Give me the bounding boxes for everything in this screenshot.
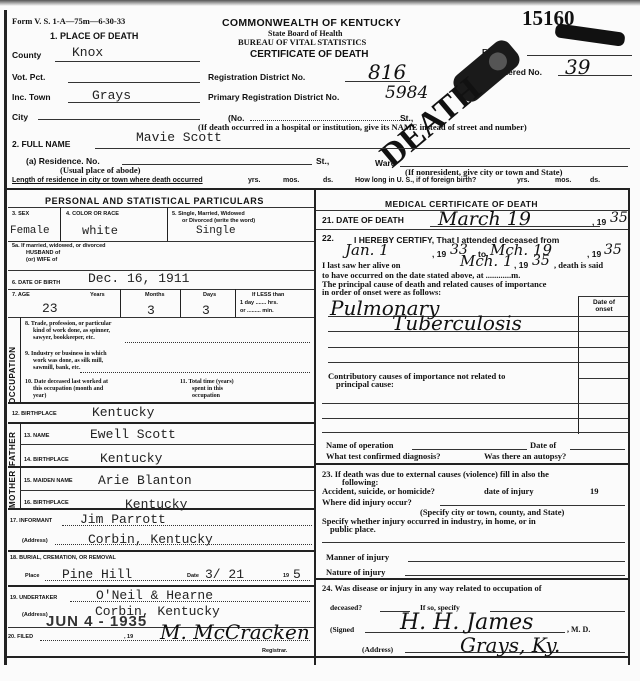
full-name-label: 2. FULL NAME xyxy=(12,139,70,149)
test-confirmed: What test confirmed diagnosis? xyxy=(326,451,441,461)
physician-signature: H. H. James xyxy=(400,610,533,635)
occupation-line xyxy=(8,402,314,404)
inc-town-line xyxy=(68,102,200,103)
us-ds-label: ds. xyxy=(590,177,600,184)
contributory-line-3 xyxy=(322,432,628,433)
sex-value: Female xyxy=(10,225,50,237)
years-label: Years xyxy=(90,292,105,298)
race-value: white xyxy=(82,224,118,238)
age-months-value: 3 xyxy=(147,303,155,318)
onset-top-line xyxy=(578,296,628,297)
burial-divider xyxy=(8,585,314,587)
filed-label: 20. FILED xyxy=(8,634,33,640)
burial-date-label: Date xyxy=(187,573,199,579)
less-than-1: If LESS than xyxy=(252,292,284,298)
injury-19: 19 xyxy=(590,486,599,496)
form-id: Form V. S. 1-A—75m—6-30-33 xyxy=(12,16,125,26)
burial-place-label: Place xyxy=(25,573,39,579)
mother-side-label: MOTHER xyxy=(8,468,17,508)
last-worked-1: 10. Date deceased last worked at xyxy=(25,379,108,385)
days-label: Days xyxy=(203,292,216,298)
autopsy-line xyxy=(316,463,628,465)
residence-st-label: St., xyxy=(316,156,329,166)
age-divider-2 xyxy=(180,289,181,317)
hospital-note: (If death occurred in a hospital or inst… xyxy=(198,122,527,132)
registrar-signature: M. McCracken xyxy=(160,620,310,644)
spouse-label-1: 5a. If married, widowed, or divorced xyxy=(12,243,106,249)
deceased-label: deceased? xyxy=(330,603,362,612)
signed-label: (Signed xyxy=(330,625,354,634)
sex-label: 3. SEX xyxy=(12,211,29,217)
informant-divider xyxy=(8,550,314,552)
father-name-label: 13. NAME xyxy=(24,433,49,439)
undertaker-address-label: (Address) xyxy=(22,612,48,618)
birthplace-line xyxy=(8,422,314,424)
registration-district-value: 816 xyxy=(368,60,406,84)
marital-label-2: or Divorced (write the word) xyxy=(182,218,255,224)
address-label: (Address) xyxy=(362,645,393,654)
undertaker-value: O'Neil & Hearne xyxy=(96,588,213,603)
nonresident-note: (If nonresident, give city or town and S… xyxy=(405,167,562,177)
attended-to-year-prefix: , 19 xyxy=(587,249,601,259)
manner-label: Manner of injury xyxy=(326,552,389,562)
full-name-line xyxy=(95,148,630,149)
place-of-death-title: 1. PLACE OF DEATH xyxy=(50,31,138,41)
parents-divider xyxy=(20,422,21,508)
left-border xyxy=(4,10,7,665)
mother-maiden-value: Arie Blanton xyxy=(98,473,192,488)
date-of-death-label: 21. DATE OF DEATH xyxy=(322,215,404,225)
attended-to-year: 35 xyxy=(604,242,622,258)
residence-line xyxy=(122,164,312,165)
personal-title-line xyxy=(8,207,314,208)
informant-address-label: (Address) xyxy=(22,538,48,544)
date-of-line xyxy=(570,449,625,450)
date-of-onset-label: Date of onset xyxy=(586,299,622,313)
undertaker-label: 19. UNDERTAKER xyxy=(10,595,57,601)
operation-line xyxy=(412,449,527,450)
md-label: , M. D. xyxy=(567,625,590,634)
vot-pct-line xyxy=(68,82,200,83)
onset-line-5 xyxy=(578,378,628,379)
dob-label: 6. DATE OF BIRTH xyxy=(12,280,60,286)
occupation-divider xyxy=(20,317,21,402)
contributory-line-1 xyxy=(322,403,628,404)
father-birthplace-label: 14. BIRTHPLACE xyxy=(24,457,69,463)
mother-birthplace-label: 16. BIRTHPLACE xyxy=(24,500,69,506)
last-saw-label: I last saw her alive on xyxy=(322,260,400,270)
trade-label-3: sawyer, bookkeeper, etc. xyxy=(33,335,95,341)
contributory-line-2 xyxy=(322,418,628,419)
where-injury-label: Where did injury occur? xyxy=(322,497,412,507)
father-name-value: Ewell Scott xyxy=(90,427,176,442)
spouse-label-2: HUSBAND of xyxy=(26,250,60,256)
attended-from-year-prefix: , 19 xyxy=(432,249,446,259)
county-line xyxy=(55,61,200,62)
age-divider-1 xyxy=(120,289,121,317)
city-label: City xyxy=(12,112,28,122)
last-saw-year-prefix: , 19 xyxy=(514,260,528,270)
yrs-label: yrs. xyxy=(248,177,260,184)
less-than-2: 1 day ....... hrs. xyxy=(240,300,278,306)
date-of-death-value: March 19 xyxy=(438,208,531,230)
attended-from: Jan. 1 xyxy=(345,241,389,259)
less-than-3: or ......... min. xyxy=(240,308,274,314)
ward-label: Ward xyxy=(375,158,396,168)
occupation-related: 24. Was disease or injury in any way rel… xyxy=(322,583,542,593)
industry-line xyxy=(80,372,310,373)
redaction-mark xyxy=(554,23,625,47)
race-label: 4. COLOR OR RACE xyxy=(66,211,119,217)
burial-label: 18. BURIAL, CREMATION, OR REMOVAL xyxy=(10,555,116,561)
spouse-label-3: (or) WIFE of xyxy=(26,257,57,263)
total-time-2: spent in this xyxy=(192,386,223,392)
manner-line xyxy=(408,561,625,562)
dob-line xyxy=(8,289,314,290)
last-saw-value: Mch. 1 xyxy=(460,252,513,270)
industry-label-2: work was done, as silk mill, xyxy=(33,358,103,364)
father-line xyxy=(8,466,314,468)
right-border xyxy=(628,190,630,665)
specify-line xyxy=(322,542,625,543)
last-worked-2: this occupation (month and xyxy=(33,386,103,392)
personal-section-title: PERSONAL AND STATISTICAL PARTICULARS xyxy=(45,196,264,206)
us-yrs-label: yrs. xyxy=(517,177,529,184)
bureau-title: BUREAU OF VITAL STATISTICS xyxy=(238,37,366,47)
full-name-value: Mavie Scott xyxy=(136,130,222,145)
marital-value: Single xyxy=(196,225,236,237)
county-label: County xyxy=(12,50,41,60)
filed-19: , 19 xyxy=(124,634,133,640)
mother-maiden-line xyxy=(20,490,314,491)
age-line xyxy=(8,317,314,318)
father-side-label: FATHER xyxy=(8,424,17,466)
burial-year-prefix: 19 xyxy=(283,573,289,579)
informant-label: 17. INFORMANT xyxy=(10,518,52,524)
dob-value: Dec. 16, 1911 xyxy=(88,271,189,286)
no-line xyxy=(250,120,410,121)
burial-year-suffix: 5 xyxy=(293,567,301,582)
trade-label-2: kind of work done, as spinner, xyxy=(33,328,110,334)
specify-whether-2: public place. xyxy=(330,524,376,534)
physician-address: Grays, Ky. xyxy=(460,633,560,657)
operation-label: Name of operation xyxy=(326,440,394,450)
industry-label-1: 9. Industry or business in which xyxy=(25,351,107,357)
county-value: Knox xyxy=(72,45,103,60)
registered-no-value: 39 xyxy=(565,55,590,79)
sex-row-line xyxy=(8,241,314,242)
occupation-side-label: OCCUPATION xyxy=(8,322,17,404)
certificate-title: CERTIFICATE OF DEATH xyxy=(250,49,369,60)
death-said: , death is said xyxy=(554,260,603,270)
mos-label: mos. xyxy=(283,177,299,184)
trade-label-1: 8. Trade, profession, or particular xyxy=(25,321,111,327)
cause-line-4 xyxy=(328,362,628,363)
last-saw-year: 35 xyxy=(532,253,550,269)
marital-label-1: 5. Single, Married, Widowed xyxy=(172,211,245,217)
primary-registration-label: Primary Registration District No. xyxy=(208,92,339,102)
commonwealth-title: COMMONWEALTH OF KENTUCKY xyxy=(222,17,401,29)
informant-value: Jim Parrott xyxy=(80,512,166,527)
informant-address-value: Corbin, Kentucky xyxy=(88,532,213,547)
nature-label: Nature of injury xyxy=(326,567,385,577)
total-time-1: 11. Total time (years) xyxy=(180,379,234,385)
inc-town-label: Inc. Town xyxy=(12,92,51,102)
autopsy-label: Was there an autopsy? xyxy=(484,451,566,461)
date-of-death-year: 35 xyxy=(610,210,628,226)
last-worked-3: year) xyxy=(33,393,46,399)
age-days-value: 3 xyxy=(202,303,210,318)
birthplace-value: Kentucky xyxy=(92,405,154,420)
divider-main xyxy=(6,188,630,190)
mother-line xyxy=(8,508,314,510)
length-residence-label: Length of residence in city or town wher… xyxy=(12,177,203,184)
age-label: 7. AGE xyxy=(12,292,30,298)
city-line xyxy=(38,119,200,120)
sex-divider xyxy=(60,207,61,241)
inc-town-value: Grays xyxy=(92,88,131,103)
birthplace-label: 12. BIRTHPLACE xyxy=(12,411,57,417)
cause-line-3 xyxy=(328,347,628,348)
burial-place-value: Pine Hill xyxy=(62,567,132,582)
accident-label: Accident, suicide, or homicide? xyxy=(322,486,435,496)
certify-num: 22. xyxy=(322,233,334,243)
contributory-2: principal cause: xyxy=(336,379,394,389)
months-label: Months xyxy=(145,292,165,298)
usual-abode: (Usual place of abode) xyxy=(60,165,141,175)
where-injury-line xyxy=(440,505,625,506)
age-divider-3 xyxy=(235,289,236,317)
registrar-label: Registrar. xyxy=(262,648,287,654)
date-of-injury-label: date of injury xyxy=(484,486,534,496)
mother-maiden-label: 15. MAIDEN NAME xyxy=(24,478,73,484)
father-name-line xyxy=(20,444,314,445)
us-mos-label: mos. xyxy=(555,177,571,184)
nature-divider xyxy=(316,578,628,580)
total-time-3: occupation xyxy=(192,393,220,399)
date-of-label: Date of xyxy=(530,440,556,450)
father-birthplace-value: Kentucky xyxy=(100,451,162,466)
death-certificate: Form V. S. 1-A—75m—6-30-33 1. PLACE OF D… xyxy=(0,0,640,681)
registration-district-label: Registration District No. xyxy=(208,72,305,82)
trade-line xyxy=(125,342,310,343)
burial-date-value: 3/ 21 xyxy=(205,567,244,582)
ds-label: ds. xyxy=(323,177,333,184)
how-long-us-label: How long in U. S., if of foreign birth? xyxy=(355,177,476,184)
date-of-death-divider xyxy=(316,229,628,230)
nature-line xyxy=(405,575,625,576)
vot-pct-label: Vot. Pct. xyxy=(12,72,45,82)
industry-label-3: sawmill, bank, etc. xyxy=(33,365,81,371)
age-years-value: 23 xyxy=(42,301,58,316)
cause-value-2: Tuberculosis xyxy=(392,311,522,335)
center-divider xyxy=(314,190,316,665)
race-divider xyxy=(167,207,168,241)
date-of-death-year-prefix: , 19 xyxy=(592,217,606,227)
